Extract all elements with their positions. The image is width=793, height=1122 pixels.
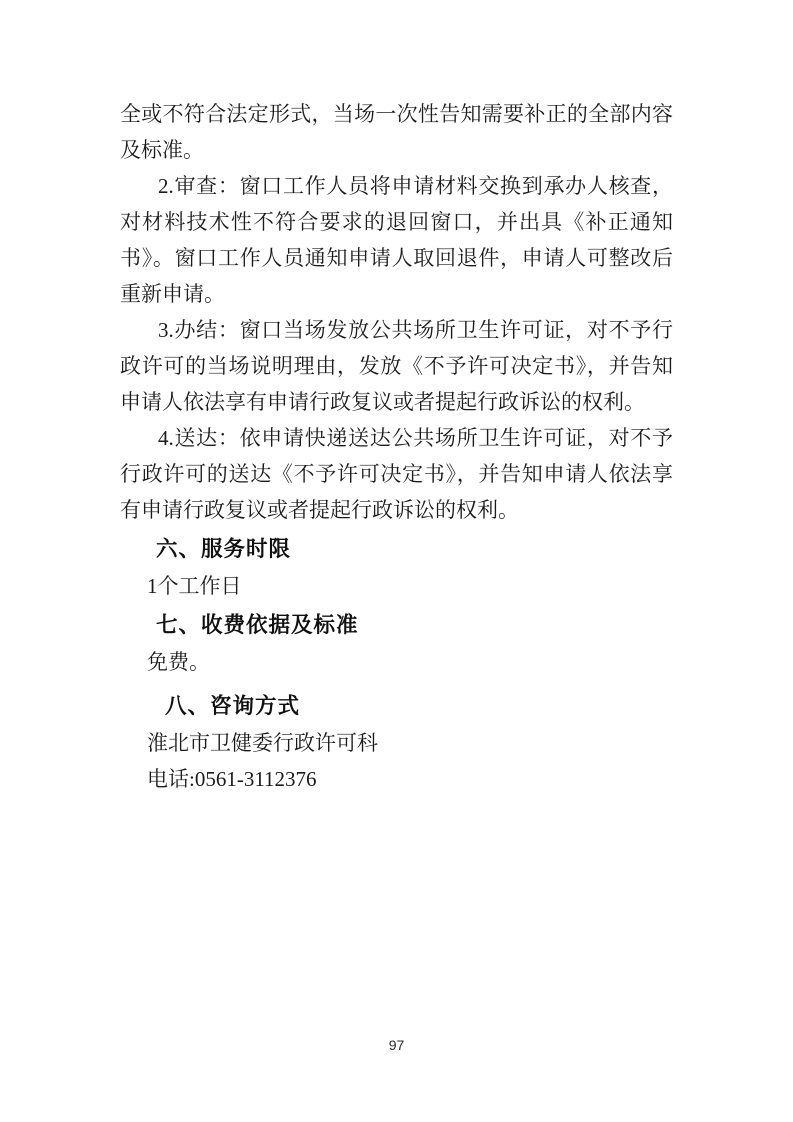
page-number: 97 [0, 1037, 793, 1053]
text-line: 2.审查：窗口工作人员将申请材料交换到承办人核查， [120, 168, 673, 204]
text-line: 全或不符合法定形式，当场一次性告知需要补正的全部内容 [120, 96, 673, 132]
section-heading: 六、服务时限 [120, 530, 673, 568]
text-line: 申请人依法享有申请行政复议或者提起行政诉讼的权利。 [120, 384, 673, 420]
document-content: 全或不符合法定形式，当场一次性告知需要补正的全部内容及标准。2.审查：窗口工作人… [120, 96, 673, 797]
value-line: 电话:0561-3112376 [120, 761, 673, 797]
document-page: 全或不符合法定形式，当场一次性告知需要补正的全部内容及标准。2.审查：窗口工作人… [0, 0, 793, 1122]
text-line: 重新申请。 [120, 276, 673, 312]
text-line: 4.送达：依申请快递送达公共场所卫生许可证，对不予 [120, 420, 673, 456]
value-line: 淮北市卫健委行政许可科 [120, 725, 673, 761]
text-line: 有申请行政复议或者提起行政诉讼的权利。 [120, 492, 673, 528]
paragraph: 3.办结：窗口当场发放公共场所卫生许可证，对不予行政许可的当场说明理由，发放《不… [120, 312, 673, 420]
section-heading: 七、收费依据及标准 [120, 606, 673, 644]
text-line: 政许可的当场说明理由，发放《不予许可决定书》，并告知 [120, 348, 673, 384]
paragraph: 2.审查：窗口工作人员将申请材料交换到承办人核查，对材料技术性不符合要求的退回窗… [120, 168, 673, 312]
value-line: 1个工作日 [120, 568, 673, 604]
text-line: 3.办结：窗口当场发放公共场所卫生许可证，对不予行 [120, 312, 673, 348]
paragraph: 4.送达：依申请快递送达公共场所卫生许可证，对不予行政许可的送达《不予许可决定书… [120, 420, 673, 528]
text-line: 及标准。 [120, 132, 673, 168]
text-line: 书》。窗口工作人员通知申请人取回退件，申请人可整改后 [120, 240, 673, 276]
section-heading: 八、咨询方式 [120, 687, 673, 725]
text-line: 行政许可的送达《不予许可决定书》，并告知申请人依法享 [120, 456, 673, 492]
text-line: 对材料技术性不符合要求的退回窗口，并出具《补正通知 [120, 204, 673, 240]
paragraph: 全或不符合法定形式，当场一次性告知需要补正的全部内容及标准。 [120, 96, 673, 168]
value-line: 免费。 [120, 644, 673, 680]
